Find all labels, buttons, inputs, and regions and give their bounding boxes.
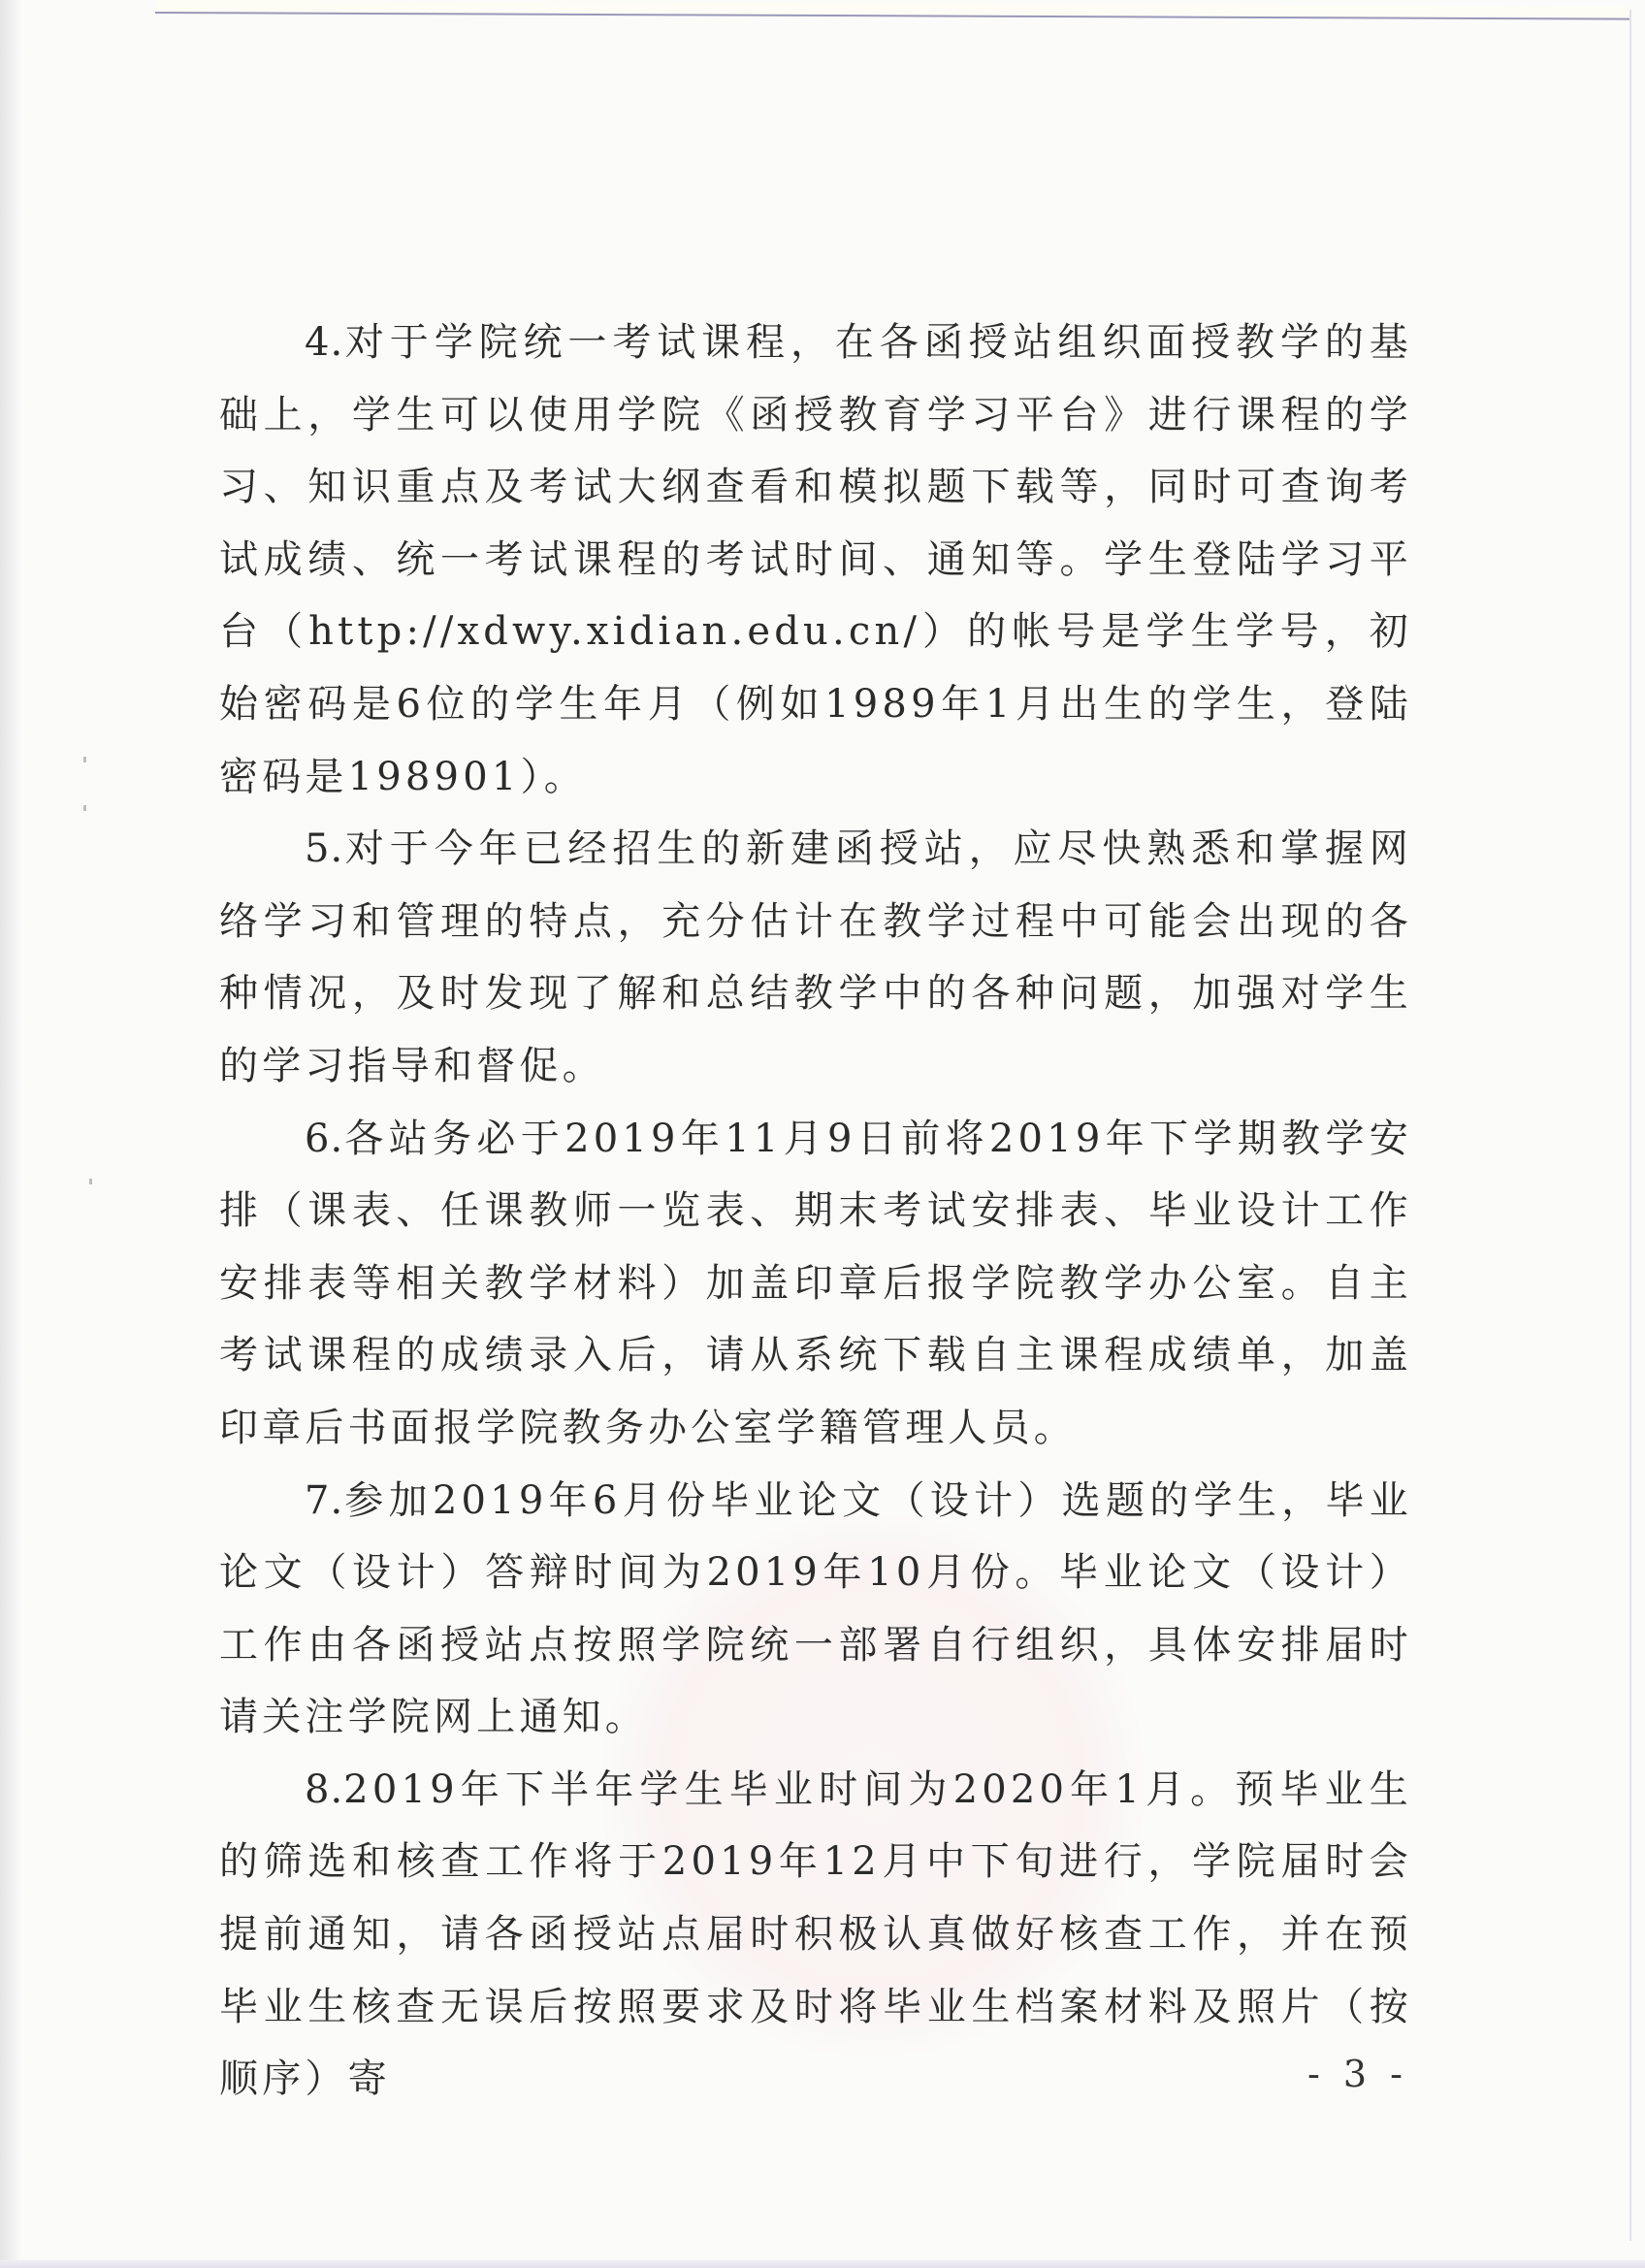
scan-speck [83,805,86,811]
paragraph-4: 4.对于学院统一考试课程，在各函授站组织面授教学的基础上，学生可以使用学院《函授… [219,307,1412,813]
paragraph-7: 7.参加2019年6月份毕业论文（设计）选题的学生，毕业论文（设计）答辩时间为2… [219,1465,1412,1754]
paragraph-text: 各站务必于2019年11月9日前将2019年下学期教学安排（课表、任课教师一览表… [219,1117,1412,1450]
paragraph-5: 5.对于今年已经招生的新建函授站，应尽快熟悉和掌握网络学习和管理的特点，充分估计… [219,813,1412,1102]
scan-bottom-edge [0,2260,1645,2268]
paragraph-number: 5. [305,826,343,871]
paragraph-text: 2019年下半年学生毕业时间为2020年1月。预毕业生的筛选和核查工作将于201… [219,1767,1412,2101]
scan-right-edge [1629,10,1631,2241]
paragraph-text: 参加2019年6月份毕业论文（设计）选题的学生，毕业论文（设计）答辩时间为201… [219,1478,1412,1740]
page-number: - 3 - [1300,2053,1416,2095]
scan-top-edge [155,0,1629,20]
paragraph-8: 8.2019年下半年学生毕业时间为2020年1月。预毕业生的筛选和核查工作将于2… [219,1754,1412,2116]
paragraph-number: 4. [305,320,343,365]
paragraph-6: 6.各站务必于2019年11月9日前将2019年下学期教学安排（课表、任课教师一… [219,1103,1412,1465]
paragraph-text: 对于今年已经招生的新建函授站，应尽快熟悉和掌握网络学习和管理的特点，充分估计在教… [219,826,1412,1088]
scan-speck [83,757,86,762]
scan-left-edge [0,0,21,2268]
paragraph-number: 6. [305,1117,343,1161]
document-body: 4.对于学院统一考试课程，在各函授站组织面授教学的基础上，学生可以使用学院《函授… [219,307,1412,2116]
paragraph-text: 对于学院统一考试课程，在各函授站组织面授教学的基础上，学生可以使用学院《函授教育… [219,320,1412,799]
paragraph-number: 7. [305,1478,343,1523]
scan-speck [89,1179,92,1184]
paragraph-number: 8. [305,1767,343,1812]
